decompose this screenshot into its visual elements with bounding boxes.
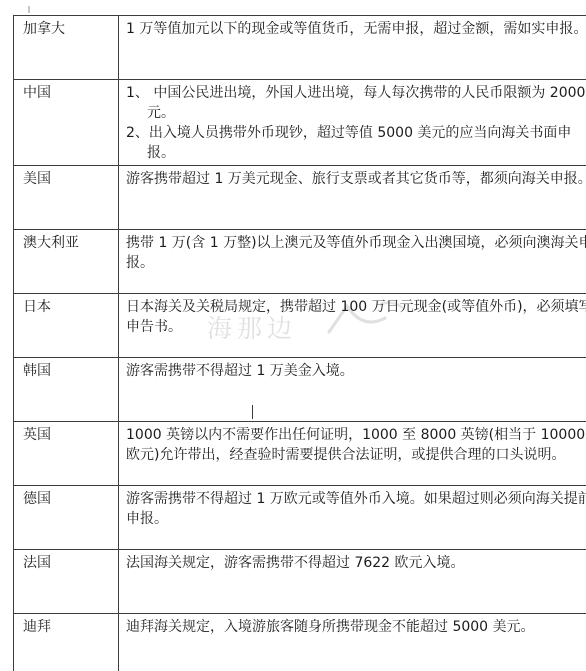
row-germany: 德国 游客需携带不得超过 1 万欧元或等值外币入境。如果超过则必须向海关提前申报… — [14, 486, 586, 550]
country-cell: 德国 — [14, 486, 119, 550]
country-cell: 中国 — [14, 80, 119, 166]
table-body: 加拿大 1 万等值加元以下的现金或等值货币，无需申报，超过金额，需如实申报。 中… — [14, 16, 586, 671]
rule-cell: 1 万等值加元以下的现金或等值货币，无需申报，超过金额，需如实申报。 — [119, 16, 586, 80]
row-france: 法国 法国海关规定，游客需携带不得超过 7622 欧元入境。 — [14, 550, 586, 614]
rule-text: 1000 英镑以内不需要作出任何证明，1000 至 8000 英镑(相当于 10… — [126, 425, 586, 465]
row-korea: 韩国 游客需携带不得超过 1 万美金入境。 — [14, 358, 586, 422]
country-cell: 美国 — [14, 166, 119, 230]
rule-cell: 游客携带超过 1 万美元现金、旅行支票或者其它货币等，都须向海关申报。 — [119, 166, 586, 230]
rule-text: 游客需携带不得超过 1 万美金入境。 — [126, 361, 586, 381]
rule-text: 2、出入境人员携带外币现钞，超过等值 5000 美元的应当向海关书面申报。 — [126, 123, 586, 163]
country-cell: 迪拜 — [14, 614, 119, 671]
rule-text: 1 万等值加元以下的现金或等值货币，无需申报，超过金额，需如实申报。 — [126, 19, 586, 39]
rule-text: 日本海关及关税局规定，携带超过 100 万日元现金(或等值外币)，必须填写申告书… — [126, 297, 586, 337]
row-usa: 美国 游客携带超过 1 万美元现金、旅行支票或者其它货币等，都须向海关申报。 — [14, 166, 586, 230]
row-australia: 澳大利亚 携带 1 万(含 1 万整)以上澳元及等值外币现金入出澳国境，必须向澳… — [14, 230, 586, 294]
rule-text: 游客携带超过 1 万美元现金、旅行支票或者其它货币等，都须向海关申报。 — [126, 169, 586, 189]
rule-cell: 携带 1 万(含 1 万整)以上澳元及等值外币现金入出澳国境，必须向澳海关申报。 — [119, 230, 586, 294]
text-cursor-artifact — [252, 405, 253, 419]
rule-cell: 1、 中国公民进出境，外国人进出境，每人每次携带的人民币限额为 20000 元。… — [119, 80, 586, 166]
rule-cell: 1000 英镑以内不需要作出任何证明，1000 至 8000 英镑(相当于 10… — [119, 422, 586, 486]
country-cell: 英国 — [14, 422, 119, 486]
rule-cell: 法国海关规定，游客需携带不得超过 7622 欧元入境。 — [119, 550, 586, 614]
rule-text: 1、 中国公民进出境，外国人进出境，每人每次携带的人民币限额为 20000 元。 — [126, 83, 586, 123]
row-uk: 英国 1000 英镑以内不需要作出任何证明，1000 至 8000 英镑(相当于… — [14, 422, 586, 486]
rule-cell: 日本海关及关税局规定，携带超过 100 万日元现金(或等值外币)，必须填写申告书… — [119, 294, 586, 358]
country-cell: 澳大利亚 — [14, 230, 119, 294]
rule-text: 迪拜海关规定，入境游旅客随身所携带现金不能超过 5000 美元。 — [126, 617, 586, 637]
rule-text: 携带 1 万(含 1 万整)以上澳元及等值外币现金入出澳国境，必须向澳海关申报。 — [126, 233, 586, 273]
country-cell: 加拿大 — [14, 16, 119, 80]
rule-cell: 迪拜海关规定，入境游旅客随身所携带现金不能超过 5000 美元。 — [119, 614, 586, 671]
row-dubai: 迪拜 迪拜海关规定，入境游旅客随身所携带现金不能超过 5000 美元。 — [14, 614, 586, 671]
customs-cash-limit-table: 加拿大 1 万等值加元以下的现金或等值货币，无需申报，超过金额，需如实申报。 中… — [13, 15, 586, 671]
rule-text: 法国海关规定，游客需携带不得超过 7622 欧元入境。 — [126, 553, 586, 573]
row-canada: 加拿大 1 万等值加元以下的现金或等值货币，无需申报，超过金额，需如实申报。 — [14, 16, 586, 80]
row-china: 中国 1、 中国公民进出境，外国人进出境，每人每次携带的人民币限额为 20000… — [14, 80, 586, 166]
rule-cell: 游客需携带不得超过 1 万美金入境。 — [119, 358, 586, 422]
country-cell: 法国 — [14, 550, 119, 614]
row-japan: 日本 日本海关及关税局规定，携带超过 100 万日元现金(或等值外币)，必须填写… — [14, 294, 586, 358]
rule-text: 游客需携带不得超过 1 万欧元或等值外币入境。如果超过则必须向海关提前申报。 — [126, 489, 586, 529]
scan-artifact — [28, 6, 30, 13]
country-cell: 日本 — [14, 294, 119, 358]
rule-cell: 游客需携带不得超过 1 万欧元或等值外币入境。如果超过则必须向海关提前申报。 — [119, 486, 586, 550]
country-cell: 韩国 — [14, 358, 119, 422]
